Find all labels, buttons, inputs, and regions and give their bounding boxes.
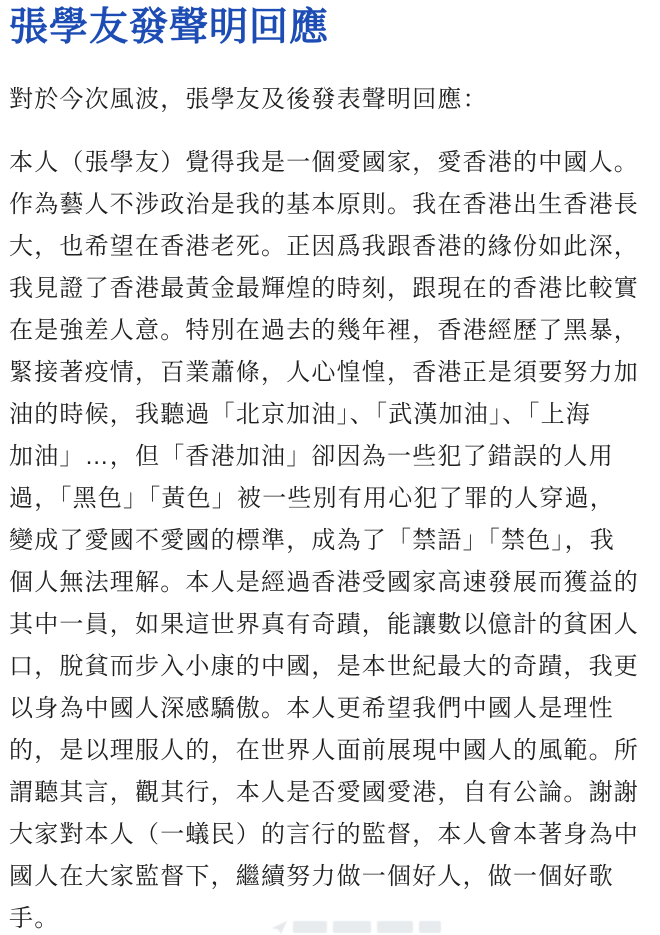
watermark-fragment xyxy=(293,921,327,933)
watermark-fragment xyxy=(377,921,413,933)
watermark-fragment xyxy=(333,921,371,933)
watermark-logo-icon xyxy=(272,921,287,934)
article-title: 張學友發聲明回應 xyxy=(9,0,651,50)
statement-paragraph: 本人（張學友）覺得我是一個愛國家，愛香港的中國人。 作為藝人不涉政治是我的基本原… xyxy=(9,142,651,935)
bottom-watermark xyxy=(272,921,441,935)
article-intro: 對於今次風波，張學友及後發表聲明回應： xyxy=(9,80,651,120)
article: 張學友發聲明回應 對於今次風波，張學友及後發表聲明回應： 本人（張學友）覺得我是… xyxy=(0,0,660,935)
watermark-fragment xyxy=(419,921,441,933)
